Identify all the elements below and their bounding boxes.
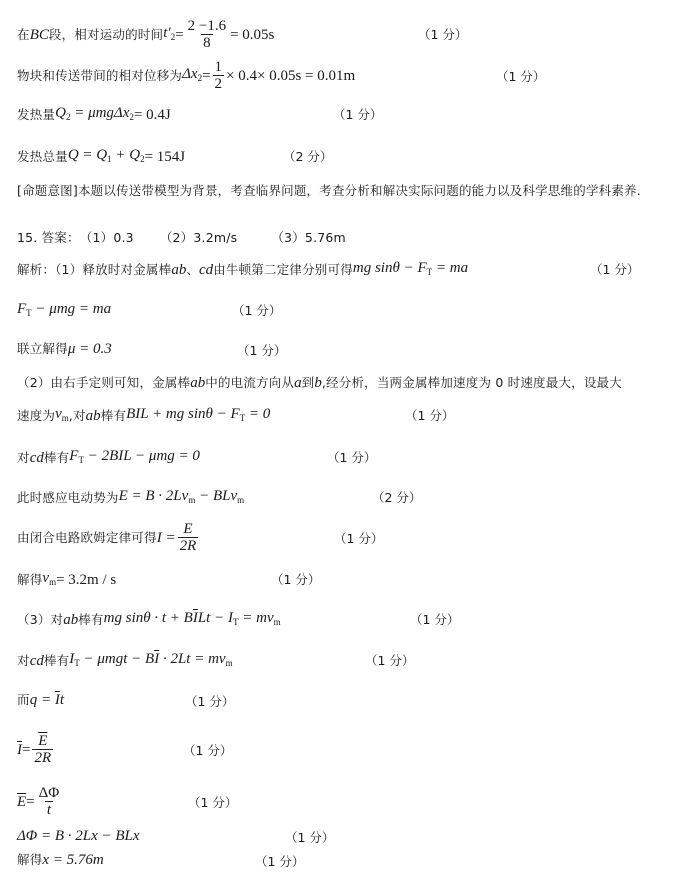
answer-3: （3）5.76m xyxy=(271,229,346,247)
score-label: （1 分） xyxy=(496,67,545,85)
sub: m xyxy=(62,413,69,423)
text: 棒有 xyxy=(101,407,126,425)
score-label: （1 分） xyxy=(418,25,467,43)
equals: = xyxy=(22,741,30,759)
text: 由闭合电路欧姆定律可得 xyxy=(17,529,157,547)
line-analysis-2: （2）由右手定则可知，金属棒 ab 中的电流方向从 a 到 b ,经分析，当两金… xyxy=(17,374,622,392)
score-label: （1 分） xyxy=(365,651,414,669)
score-label: （1 分） xyxy=(410,610,459,628)
sub: m xyxy=(226,658,233,668)
sub: m xyxy=(237,495,244,505)
score-label: （1 分） xyxy=(232,301,281,319)
score-label: （1 分） xyxy=(188,793,237,811)
expr: − μmgt − B xyxy=(80,651,154,667)
text: 棒有 xyxy=(44,652,69,670)
line-ab-force-balance: 速度为 vm ,对 ab 棒有 BIL + mg sinθ − FT = 0 xyxy=(17,405,270,427)
text: 此时感应电动势为 xyxy=(17,489,119,507)
var: ab xyxy=(86,407,101,425)
text: 发热总量 xyxy=(17,148,68,166)
line-emf: 此时感应电动势为 E = B · 2Lvm − BLvm xyxy=(17,487,244,509)
text: 段，相对运动的时间 xyxy=(49,26,163,44)
score-label: （1 分） xyxy=(255,852,304,870)
score-label: （1 分） xyxy=(237,341,286,359)
fraction: E2R xyxy=(178,521,199,554)
expr: E = B · 2Lv xyxy=(119,488,189,504)
expr: q = xyxy=(30,692,55,708)
var: t′ xyxy=(163,25,170,41)
var: b xyxy=(314,374,322,392)
text: 棒有 xyxy=(44,449,69,467)
equals: = xyxy=(175,26,183,44)
result: = 0 xyxy=(245,406,270,422)
var: cd xyxy=(199,261,213,279)
text: 中的电流方向从 xyxy=(205,374,294,392)
expr: ΔΦ = B · 2Lx − BLx xyxy=(17,827,140,845)
result: = 0.4J xyxy=(134,106,171,124)
equals: = xyxy=(26,793,34,811)
fraction: 12 xyxy=(213,59,225,92)
expr: − μmg = ma xyxy=(32,301,111,317)
sub: m xyxy=(274,617,281,627)
expr: BIL + mg sinθ − F xyxy=(126,406,240,422)
score-label: （1 分） xyxy=(405,406,454,424)
denominator: t xyxy=(45,801,53,818)
line-avg-emf: E = ΔΦt xyxy=(17,785,63,818)
math-var: t′2 xyxy=(163,24,175,46)
score-label: （1 分） xyxy=(334,529,383,547)
line-relative-displacement: 物块和传送带间的相对位移为 Δx2 = 12 × 0.4× 0.05s = 0.… xyxy=(17,59,355,92)
line-solve-x: 解得 x = 5.76m xyxy=(17,851,104,869)
expr: + Q xyxy=(112,147,140,163)
result: × 0.4× 0.05s = 0.01m xyxy=(226,67,355,85)
design-intent-paragraph: [命题意图]本题以传送带模型为背景，考查临界问题，考查分析和解决实际问题的能力以… xyxy=(17,178,677,204)
var: ab xyxy=(171,261,186,279)
equals: = xyxy=(202,67,210,85)
line-cd-impulse: 对 cd 棒有 IT − μmgt − BI · 2Lt = mvm xyxy=(17,650,233,672)
answer-1: （1）0.3 xyxy=(80,229,134,247)
denominator: 8 xyxy=(201,34,213,51)
line-ft-eq: FT − μmg = ma xyxy=(17,300,111,322)
var: ab xyxy=(190,374,205,392)
var: t xyxy=(60,692,64,708)
score-label: （1 分） xyxy=(285,828,334,846)
text: 对 xyxy=(17,449,30,467)
text: ,经分析，当两金属棒加速度为 0 时速度最大，设最大 xyxy=(322,374,622,392)
numerator: ΔΦ xyxy=(37,785,62,801)
var: Δx xyxy=(182,66,197,82)
text: （2）由右手定则可知，金属棒 xyxy=(17,374,190,392)
var: a xyxy=(294,374,302,392)
score-label: （1 分） xyxy=(333,105,382,123)
line-avg-current: I = E2R xyxy=(17,733,55,766)
result: = 154J xyxy=(145,148,186,166)
math-var: Δx2 xyxy=(182,65,202,87)
line-solve-vm: 解得 vm = 3.2m / s xyxy=(17,569,116,591)
result: = 0.05s xyxy=(230,26,274,44)
expr: x = 5.76m xyxy=(42,851,103,869)
avg-emf: E xyxy=(17,793,26,811)
text: 对 xyxy=(17,652,30,670)
text: 由牛顿第二定律分别可得 xyxy=(213,261,353,279)
text: 解得 xyxy=(17,851,42,869)
score-label: （1 分） xyxy=(590,260,639,278)
text: （3）对 xyxy=(17,611,63,629)
line-ab-impulse: （3）对 ab 棒有 mg sinθ · t + BILt − IT = mvm xyxy=(17,609,281,631)
numerator: E xyxy=(181,521,194,537)
text: 联立解得 xyxy=(17,340,68,358)
line-ohm-law: 由闭合电路欧姆定律可得 I = E2R xyxy=(17,521,200,554)
math-var: BC xyxy=(30,26,49,44)
line-charge: 而 q = It xyxy=(17,691,64,709)
result: = ma xyxy=(432,260,468,276)
expr: − BLv xyxy=(195,488,237,504)
fraction: 2 −1.68 xyxy=(186,18,228,51)
var: Q xyxy=(55,105,66,121)
score-label: （1 分） xyxy=(271,570,320,588)
line-total-heat: 发热总量 Q = Q1 + Q2 = 154J xyxy=(17,146,185,168)
result: = 3.2m / s xyxy=(56,571,116,589)
denominator: 2R xyxy=(32,749,53,766)
text: ,对 xyxy=(69,407,86,425)
numerator: 1 xyxy=(213,59,225,75)
line-heat-q2: 发热量 Q2 = μmgΔx2 = 0.4J xyxy=(17,104,171,126)
numerator: 2 −1.6 xyxy=(186,18,228,34)
text: 速度为 xyxy=(17,407,55,425)
line-bc-segment-time: 在 BC 段，相对运动的时间 t′2 = 2 −1.68 = 0.05s xyxy=(17,18,274,51)
text: 棒有 xyxy=(78,611,103,629)
expr: − 2BIL − μmg = 0 xyxy=(84,448,200,464)
sub: m xyxy=(49,577,56,587)
line-solve-mu: 联立解得 μ = 0.3 xyxy=(17,340,112,358)
text: 物块和传送带间的相对位移为 xyxy=(17,67,182,85)
denominator: 2 xyxy=(213,75,225,92)
var: cd xyxy=(30,652,44,670)
line-cd-force-balance: 对 cd 棒有 FT − 2BIL − μmg = 0 xyxy=(17,447,200,469)
line-analysis-1: 解析：（1）释放时对金属棒 ab 、 cd 由牛顿第二定律分别可得 mg sin… xyxy=(17,259,468,281)
denominator: 2R xyxy=(178,537,199,554)
answer-label: 15. 答案： xyxy=(17,229,80,247)
score-label: （1 分） xyxy=(183,741,232,759)
text: 、 xyxy=(186,261,199,279)
var: cd xyxy=(30,449,44,467)
line-answers: 15. 答案： （1）0.3 （2）3.2m/s （3）5.76m xyxy=(17,229,346,247)
numerator: E xyxy=(36,733,49,749)
expr: mg sinθ − F xyxy=(353,260,427,276)
expr: Lt − I xyxy=(198,610,233,626)
expr: mg sinθ · t + B xyxy=(104,610,193,626)
expr: = mv xyxy=(238,610,273,626)
text: 解析：（1）释放时对金属棒 xyxy=(17,261,171,279)
expr: Q = Q xyxy=(68,147,107,163)
fraction: E2R xyxy=(32,733,53,766)
var: F xyxy=(17,301,26,317)
line-flux-change: ΔΦ = B · 2Lx − BLx xyxy=(17,827,140,845)
var: ab xyxy=(63,611,78,629)
score-label: （2 分） xyxy=(372,488,421,506)
score-label: （1 分） xyxy=(327,448,376,466)
expr: = μmgΔx xyxy=(70,105,129,121)
text: 在 xyxy=(17,26,30,44)
var: I = xyxy=(157,529,176,547)
text: 发热量 xyxy=(17,106,55,124)
expr: · 2Lt = mv xyxy=(159,651,225,667)
var: v xyxy=(55,406,62,422)
text: 到 xyxy=(302,374,315,392)
score-label: （2 分） xyxy=(283,147,332,165)
text: 解得 xyxy=(17,571,42,589)
text: 而 xyxy=(17,691,30,709)
answer-2: （2）3.2m/s xyxy=(160,229,238,247)
expr: μ = 0.3 xyxy=(68,340,112,358)
fraction: ΔΦt xyxy=(37,785,62,818)
score-label: （1 分） xyxy=(185,692,234,710)
